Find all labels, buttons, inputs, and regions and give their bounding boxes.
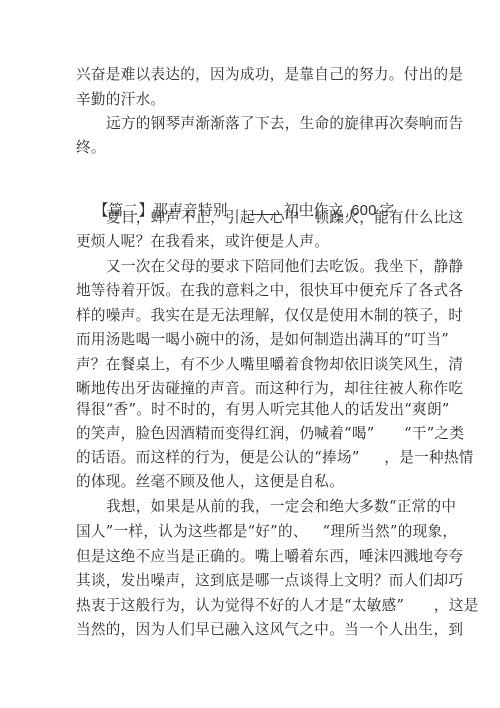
paragraph-line: 终。 [76, 139, 106, 157]
paragraph-line: 其谈，发出噪声，这到底是哪一点谈得上文明？而人们却巧 [76, 572, 463, 590]
document-page: 兴奋是难以表达的，因为成功，是靠自己的努力。付出的是 辛勤的汗水。 远方的钢琴声… [0, 0, 500, 708]
paragraph-line: 热衷于这般行为，认为觉得不好的人才是“太敏感” ，这是 [76, 597, 479, 615]
paragraph-line: 的话语。而这样的行为，便是公认的“捧场” ，是一种热情 [76, 449, 474, 467]
paragraph-line: 我想，如果是从前的我，一定会和绝大多数“正常的中 [106, 498, 456, 516]
paragraph-line: 而用汤匙喝一喝小碗中的汤，是如何制造出满耳的”叮当” [76, 331, 449, 349]
paragraph-line: 当然的，因为人们早已融入这风气之中。当一个人出生，到 [76, 621, 463, 639]
paragraph-line: 夏日，蝉声不止，引起人心中一顿躁火，能有什么比这 [106, 209, 463, 227]
paragraph-line: 国人”一样，认为这些都是“好”的、 “理所当然”的现象， [76, 523, 457, 541]
paragraph-line: 又一次在父母的要求下陪同他们去吃饭。我坐下，静静 [106, 258, 463, 276]
paragraph-line: 兴奋是难以表达的，因为成功，是靠自己的努力。付出的是 [76, 66, 463, 84]
paragraph-line: 得很“香”。时不时的，有男人听完其他人的话发出“爽朗” [76, 401, 450, 419]
paragraph-line: 的体现。丝毫不顾及他人，这便是自私。 [76, 473, 344, 491]
paragraph-line: 晰地传出牙齿碰撞的声音。而这种行为，却往往被人称作吃 [76, 380, 463, 398]
paragraph-line: 更烦人呢？在我看来，或许便是人声。 [76, 233, 329, 251]
paragraph-line: 的笑声，脸色因酒精而变得红润，仍喊着“喝” “干”之类 [76, 425, 464, 443]
paragraph-line: 但是这绝不应当是正确的。嘴上嚼着东西，唾沫四溅地夸夸 [76, 548, 463, 566]
paragraph-line: 远方的钢琴声渐渐落了下去，生命的旋律再次奏响而告 [106, 115, 463, 133]
paragraph-line: 样的噪声。我实在是无法理解，仅仅是使用木制的筷子，时 [76, 307, 463, 325]
paragraph-line: 辛勤的汗水。 [76, 91, 165, 109]
paragraph-line: 声？在餐桌上，有不少人嘴里嚼着食物却依旧谈笑风生，清 [76, 356, 463, 374]
paragraph-line: 地等待着开饭。在我的意料之中，很快耳中便充斥了各式各 [76, 282, 463, 300]
